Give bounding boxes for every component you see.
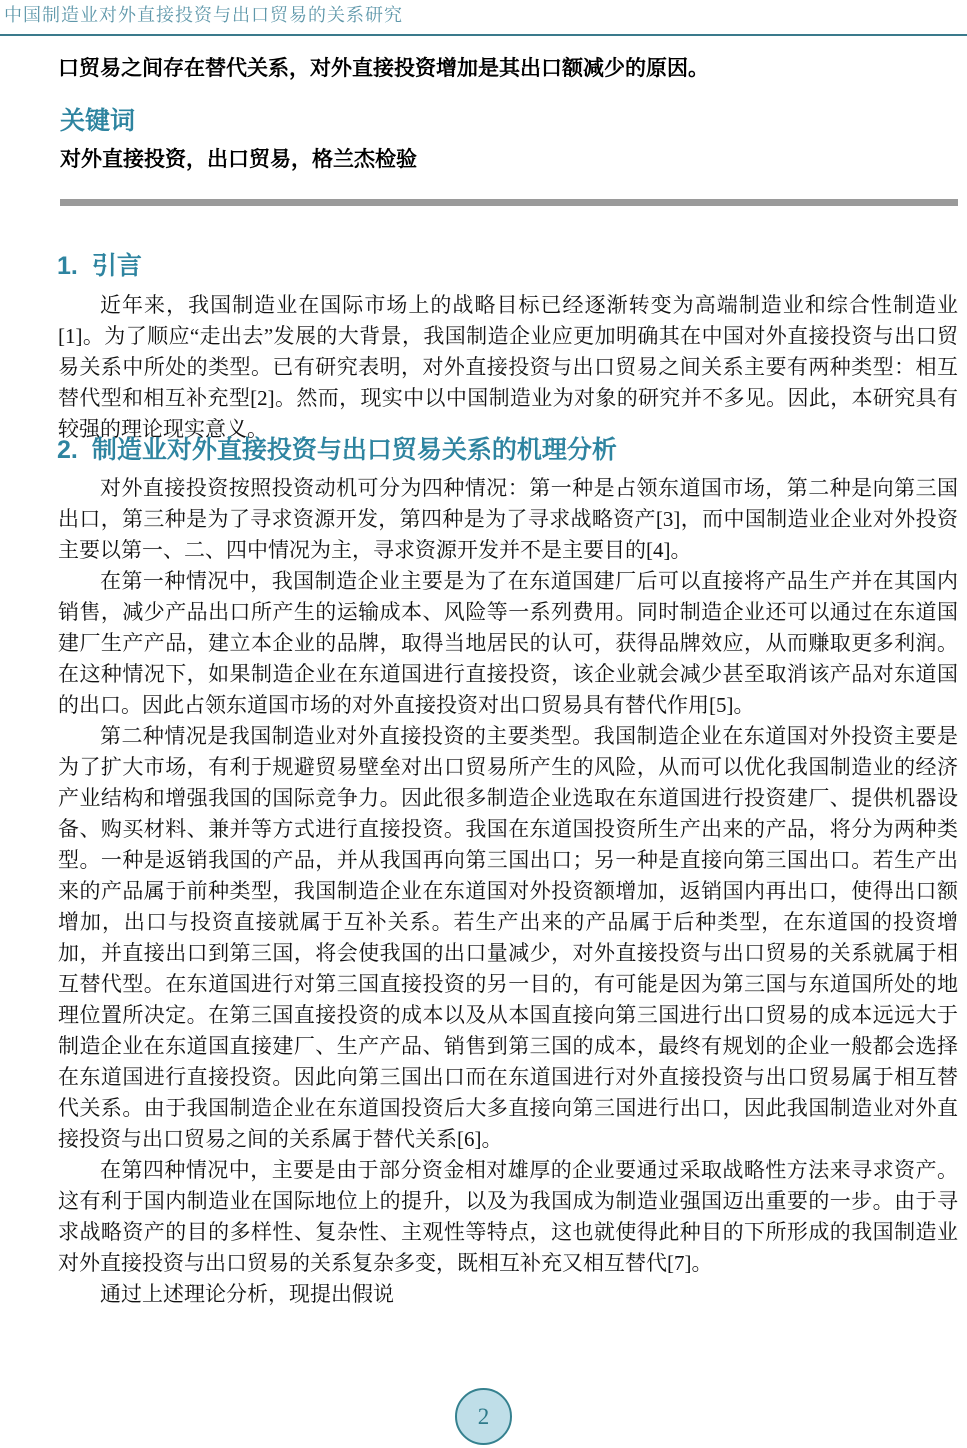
section-2-body: 对外直接投资按照投资动机可分为四种情况：第一种是占领东道国市场，第二种是向第三国… — [58, 473, 958, 1310]
paragraph: 对外直接投资按照投资动机可分为四种情况：第一种是占领东道国市场，第二种是向第三国… — [58, 473, 958, 566]
section-1-number: 1. — [57, 252, 78, 281]
abstract-continuation-text: 口贸易之间存在替代关系，对外直接投资增加是其出口额减少的原因。 — [58, 53, 958, 84]
paragraph: 通过上述理论分析，现提出假说 — [58, 1279, 958, 1310]
paragraph: 近年来，我国制造业在国际市场上的战略目标已经逐渐转变为高端制造业和综合性制造业[… — [58, 290, 958, 445]
section-1-heading: 1.引言 — [57, 246, 142, 282]
document-page: 中国制造业对外直接投资与出口贸易的关系研究 口贸易之间存在替代关系，对外直接投资… — [0, 0, 967, 1448]
page-number-badge: 2 — [455, 1388, 512, 1445]
section-2-heading: 2.制造业对外直接投资与出口贸易关系的机理分析 — [57, 430, 617, 466]
section-1-title: 引言 — [92, 252, 142, 280]
section-divider — [60, 199, 958, 206]
paragraph: 在第一种情况中，我国制造企业主要是为了在东道国建厂后可以直接将产品生产并在其国内… — [58, 566, 958, 721]
keywords-heading: 关键词 — [60, 101, 135, 137]
page-number: 2 — [478, 1404, 490, 1430]
keywords-text: 对外直接投资，出口贸易，格兰杰检验 — [60, 143, 960, 173]
paragraph: 在第四种情况中，主要是由于部分资金相对雄厚的企业要通过采取战略性方法来寻求资产。… — [58, 1155, 958, 1279]
paragraph: 第二种情况是我国制造业对外直接投资的主要类型。我国制造企业在东道国对外投资主要是… — [58, 721, 958, 1155]
section-2-title: 制造业对外直接投资与出口贸易关系的机理分析 — [92, 436, 617, 464]
section-2-number: 2. — [57, 436, 78, 465]
section-1-body: 近年来，我国制造业在国际市场上的战略目标已经逐渐转变为高端制造业和综合性制造业[… — [58, 290, 958, 445]
running-header-title: 中国制造业对外直接投资与出口贸易的关系研究 — [4, 1, 403, 27]
header-rule — [0, 34, 967, 36]
